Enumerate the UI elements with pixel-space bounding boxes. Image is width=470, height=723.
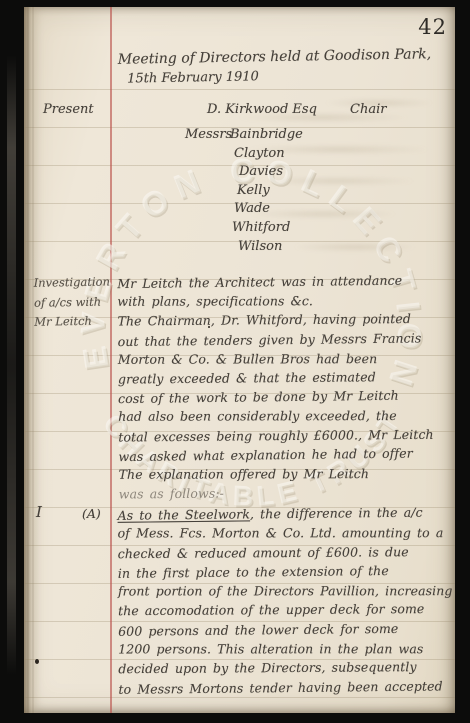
minutes-line: front portion of the Directors Pavillion… [118, 581, 455, 601]
margin-note-line: Investigation [33, 272, 125, 293]
minutes-line: decided upon by the Directors, subsequen… [118, 657, 455, 679]
scan-background: EVERTON COLLECTION EVERTON COLLECTION EV… [0, 0, 470, 723]
attendee-name: Clayton [234, 145, 303, 164]
minutes-line: As to the Steelwork, the difference in t… [117, 502, 455, 525]
minutes-line: 1200 persons. This alteration in the pla… [118, 639, 455, 659]
attendee-list: Bainbridge Clayton Davies Kelly Wade Whi… [230, 126, 303, 256]
minutes-line: to Messrs Mortons tender having been acc… [118, 676, 455, 699]
minutes-line: was asked what explanation he had to off… [118, 443, 455, 466]
margin-note: Investigation of a/cs with Mr Leitch [33, 272, 126, 332]
minutes-line: 600 persons and the lower deck for some [118, 618, 455, 641]
minutes-line: out that the tenders given by Messrs Fra… [118, 327, 455, 350]
present-label: Present [43, 102, 94, 117]
chairman-role: Chair [350, 102, 386, 117]
attendee-name: Wade [234, 200, 303, 219]
minutes-line: in the first place to the extension of t… [118, 560, 455, 583]
steelwork-heading: As to the Steelwork [117, 506, 250, 522]
minutes-line: The explanation offered by Mr Leitch [119, 464, 455, 484]
minutes-line: had also been considerably exceeded, the [118, 406, 455, 426]
minutes-line: of Mess. Fcs. Morton & Co. Ltd. amountin… [118, 523, 455, 543]
minutes-paragraph-1: Mr Leitch the Architect was in attendanc… [117, 271, 455, 504]
attendee-name: Bainbridge [230, 126, 303, 145]
minutes-line: was as follows:- [119, 482, 455, 504]
minutes-line-rest: , the difference in the a/c [250, 505, 423, 522]
minutes-line: Mr Leitch the Architect was in attendanc… [117, 270, 455, 293]
ink-speck [35, 659, 39, 664]
minutes-line: Morton & Co. & Bullen Bros had been [118, 349, 455, 369]
minutes-line: the accomodation of the upper deck for s… [118, 599, 455, 621]
red-margin-line [110, 7, 112, 713]
attendee-name: Wilson [238, 238, 303, 257]
attendee-name: Kelly [237, 182, 303, 201]
bleed-through-smudge [292, 243, 417, 251]
book-spine-edge [7, 55, 16, 675]
item-letter: (A) [82, 506, 101, 521]
margin-note-line: Mr Leitch [34, 311, 126, 332]
notebook-page: EVERTON COLLECTION EVERTON COLLECTION EV… [24, 7, 455, 713]
page-number: 42 [418, 15, 447, 39]
attendee-name: Whitford [232, 219, 303, 238]
minutes-paragraph-2: As to the Steelwork, the difference in t… [117, 503, 455, 698]
attendee-name: Davies [239, 163, 303, 182]
chairman-name: D. Kirkwood Esq [207, 102, 317, 117]
margin-note-line: of a/cs with [34, 292, 126, 313]
messrs-label: Messrs [185, 127, 232, 142]
meeting-heading: Meeting of Directors held at Goodison Pa… [118, 45, 432, 88]
item-numeral: I [36, 503, 42, 521]
